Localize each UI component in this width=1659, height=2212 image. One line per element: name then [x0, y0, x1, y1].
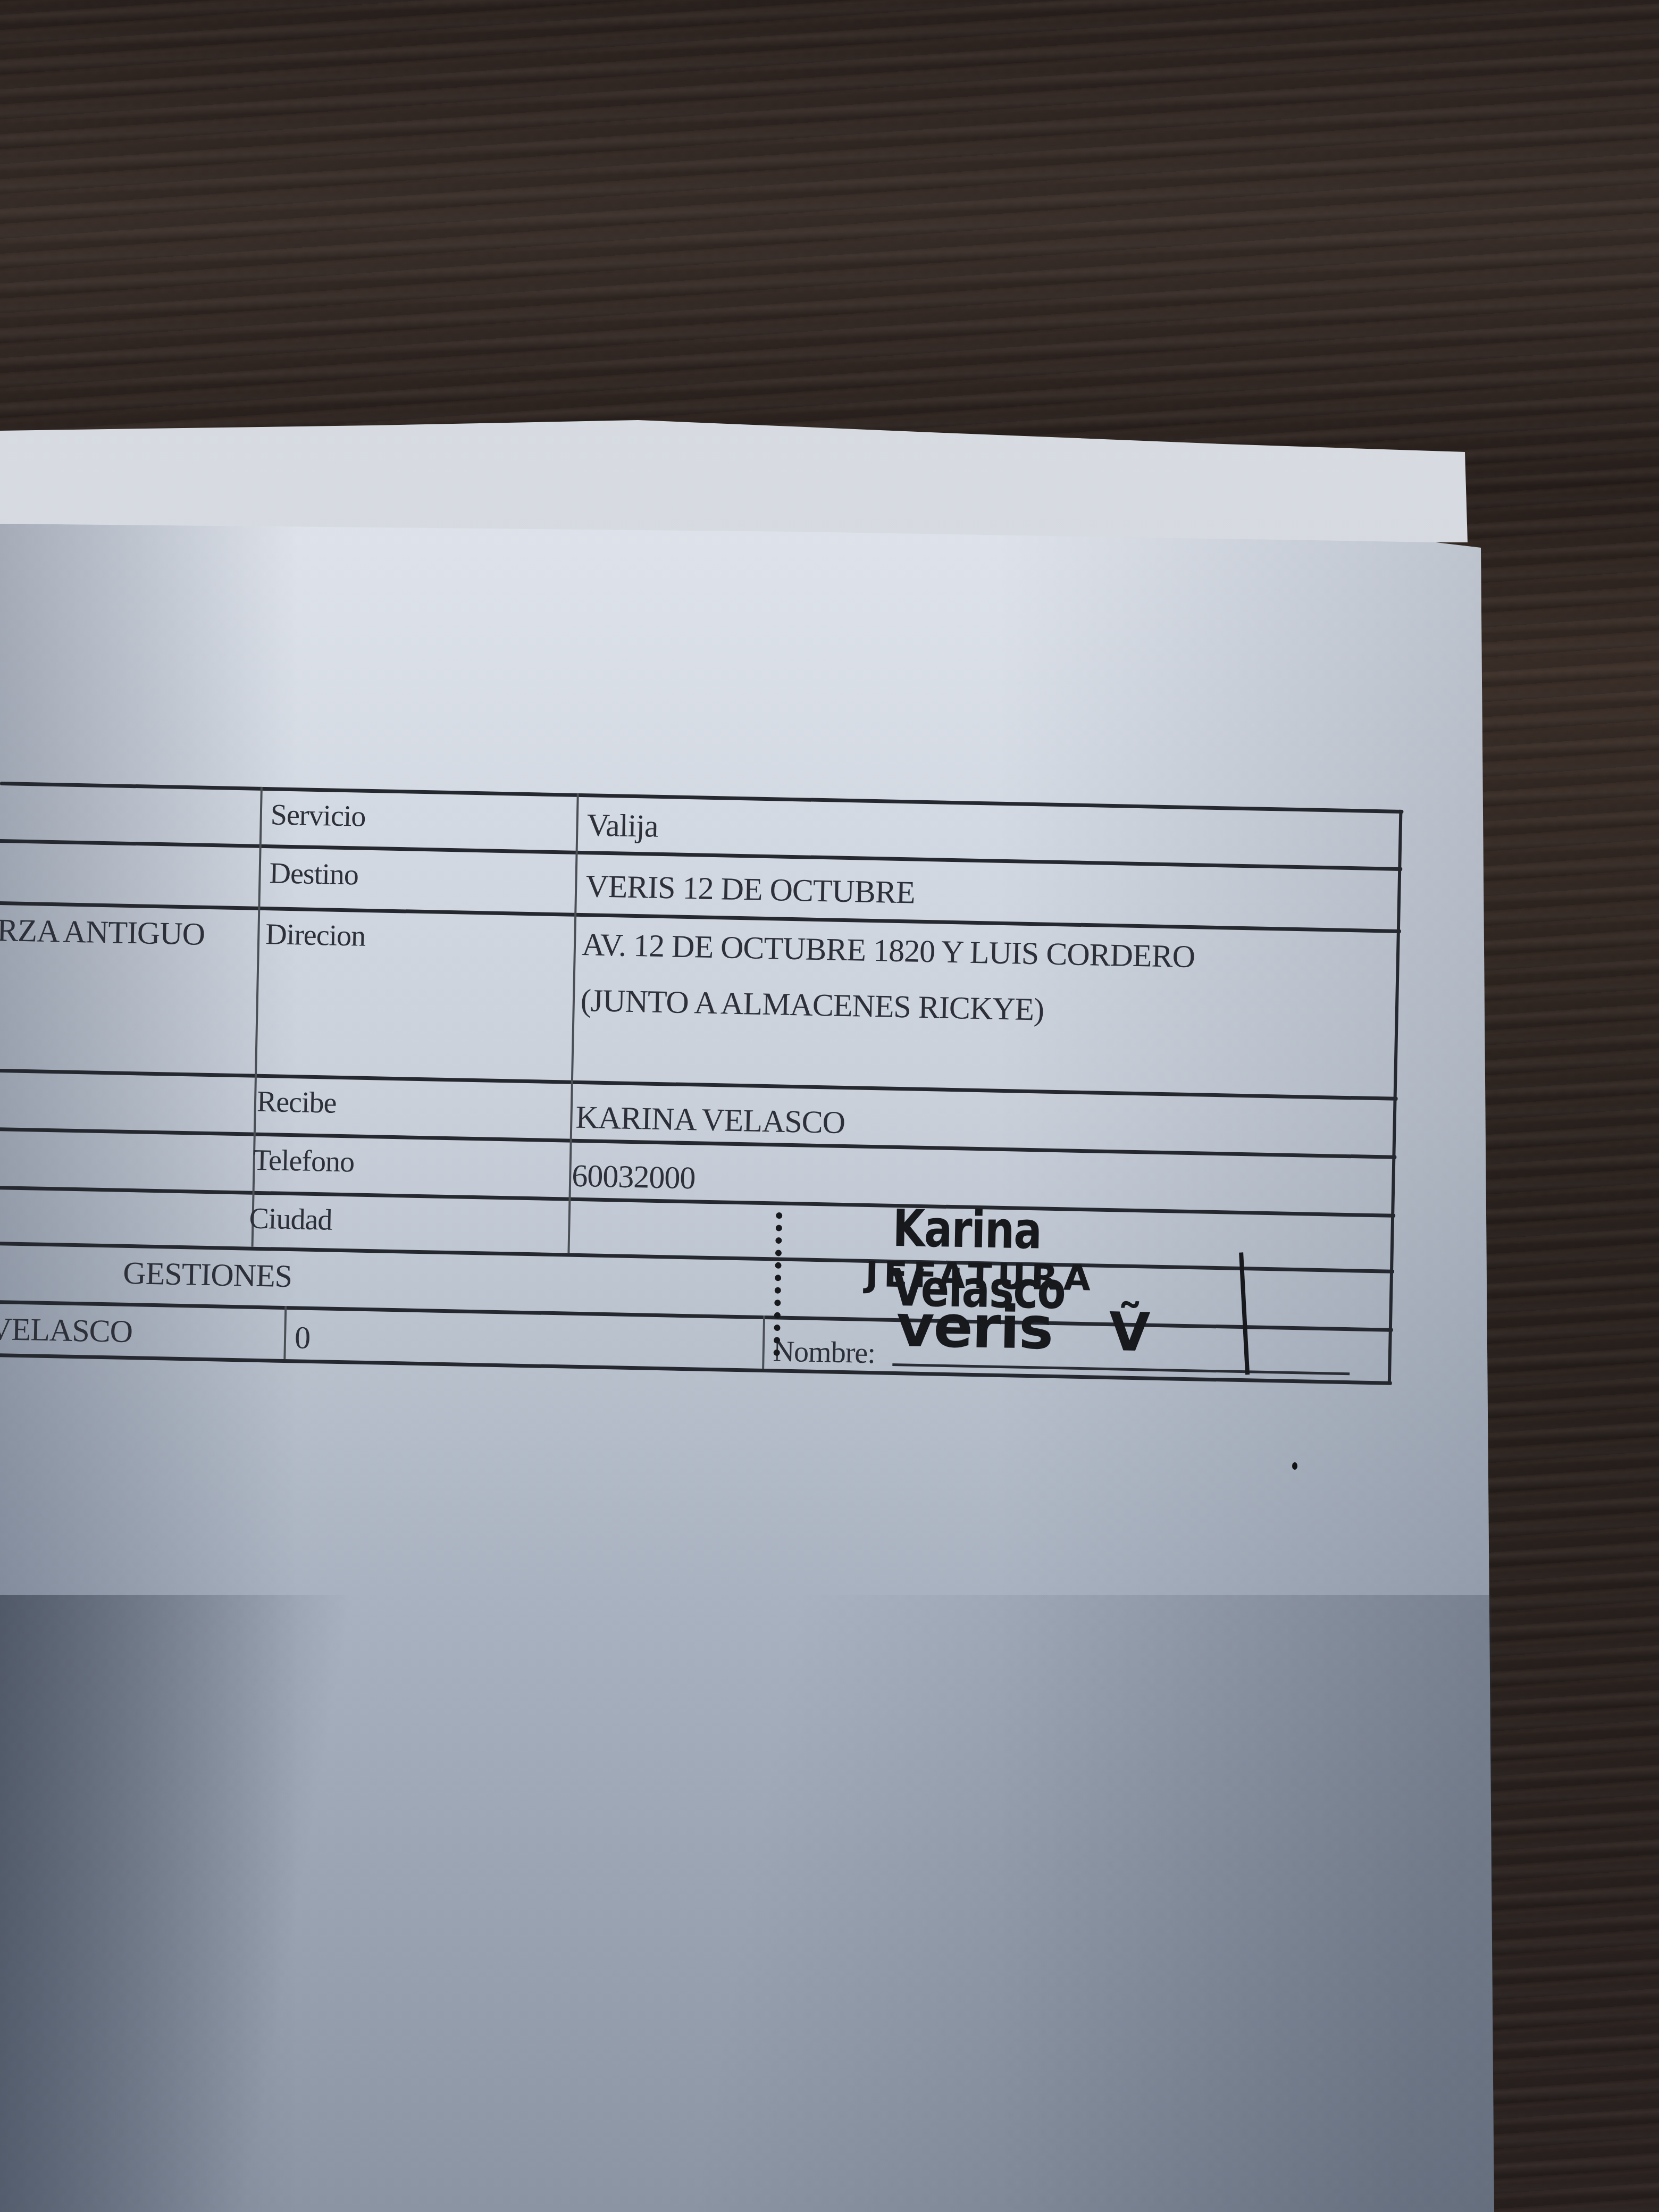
table-rule [0, 1069, 1398, 1101]
handwritten-signature-mark [1239, 1252, 1250, 1375]
value-servicio: Valija [586, 807, 658, 845]
label-servicio: Servicio [270, 798, 366, 834]
receipt-stamp: Karina Velasco JEFATURA veris Ṽ [773, 1191, 1287, 1376]
stamp-brand: veris [896, 1292, 1053, 1362]
value-direcion-line-2: (JUNTO A ALMACENES RICKYE) [580, 982, 1044, 1028]
label-telefono: Telefono [253, 1143, 354, 1179]
stamp-bracket-mark [774, 1212, 793, 1356]
value-telefono: 60032000 [572, 1158, 696, 1197]
table-rule [0, 839, 1402, 871]
label-direcion: Direcion [265, 917, 366, 953]
veris-v-logo-icon: Ṽ [1108, 1301, 1150, 1363]
label-ciudad: Ciudad [249, 1202, 332, 1237]
label-destino: Destino [269, 856, 358, 892]
column-divider [252, 787, 263, 1247]
section-header-gestiones: GESTIONES [123, 1255, 292, 1295]
label-recibe: Recibe [256, 1085, 337, 1120]
value-destino: VERIS 12 DE OCTUBRE [585, 868, 916, 911]
value-recibe: KARINA VELASCO [575, 1099, 845, 1141]
column-divider [283, 1306, 287, 1359]
left-cell-truncated-address: RZA ANTIGUO [0, 912, 205, 953]
ink-speck [1292, 1462, 1297, 1470]
column-divider [762, 1316, 765, 1369]
value-direcion-line-1: AV. 12 DE OCTUBRE 1820 Y LUIS CORDERO [581, 926, 1195, 975]
paper-shadow [0, 1595, 1659, 2212]
gestiones-name: VELASCO [0, 1311, 133, 1350]
gestiones-count: 0 [294, 1319, 310, 1356]
